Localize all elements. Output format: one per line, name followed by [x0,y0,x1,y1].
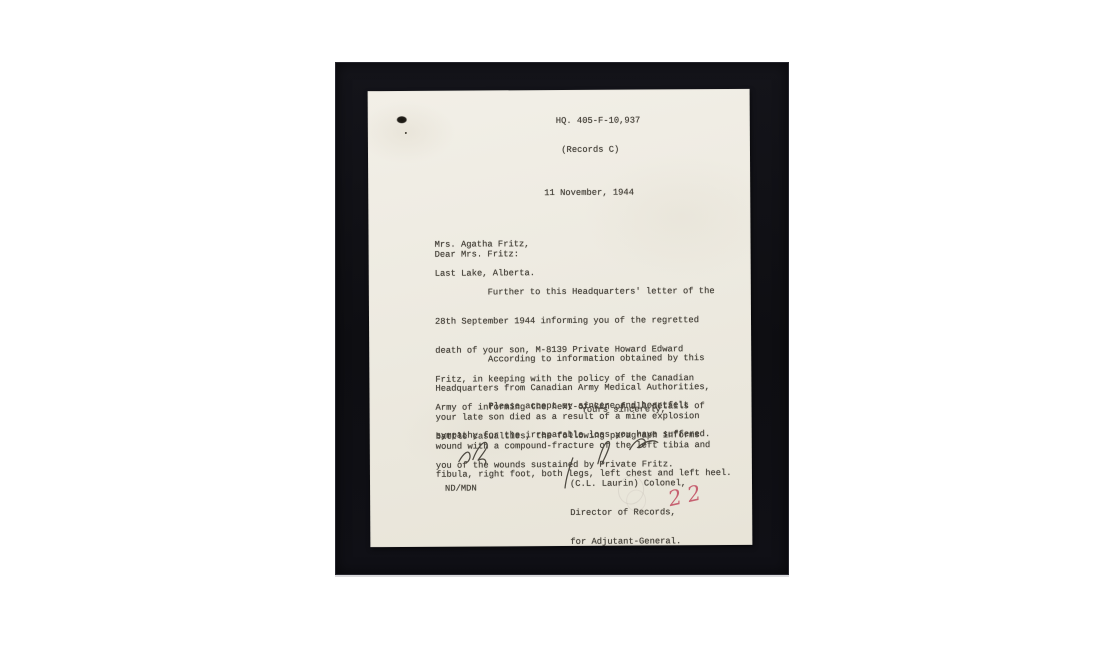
reference-line-2: (Records C) [556,145,641,155]
reference-block: HQ. 405-F-10,937 (Records C) [556,98,641,175]
closing: Yours sincerely, [582,405,667,415]
letter-paper: HQ. 405-F-10,937 (Records C) 11 November… [368,89,753,547]
paper-speck [405,132,407,134]
embossed-seal-ring [626,489,646,511]
black-mat-background: HQ. 405-F-10,937 (Records C) 11 November… [335,62,789,575]
reference-line-1: HQ. 405-F-10,937 [556,117,641,127]
salutation: Dear Mrs. Fritz: [435,250,520,260]
typist-initials: ND/MDN [445,485,477,495]
body-line: Further to this Headquarters' letter of … [435,287,715,298]
date-line: 11 November, 1944 [544,189,634,199]
body-line: 28th September 1944 informing you of the… [435,316,715,327]
body-line: Please accept my sincere and heartfelt [436,401,711,412]
signatory-title: Director of Records, [570,508,686,518]
body-line: According to information obtained by thi… [435,354,731,365]
ink-blot-hole [388,109,416,133]
signatory-for: for Adjutant-General. [570,537,686,547]
handwritten-initials-ink [455,437,513,473]
